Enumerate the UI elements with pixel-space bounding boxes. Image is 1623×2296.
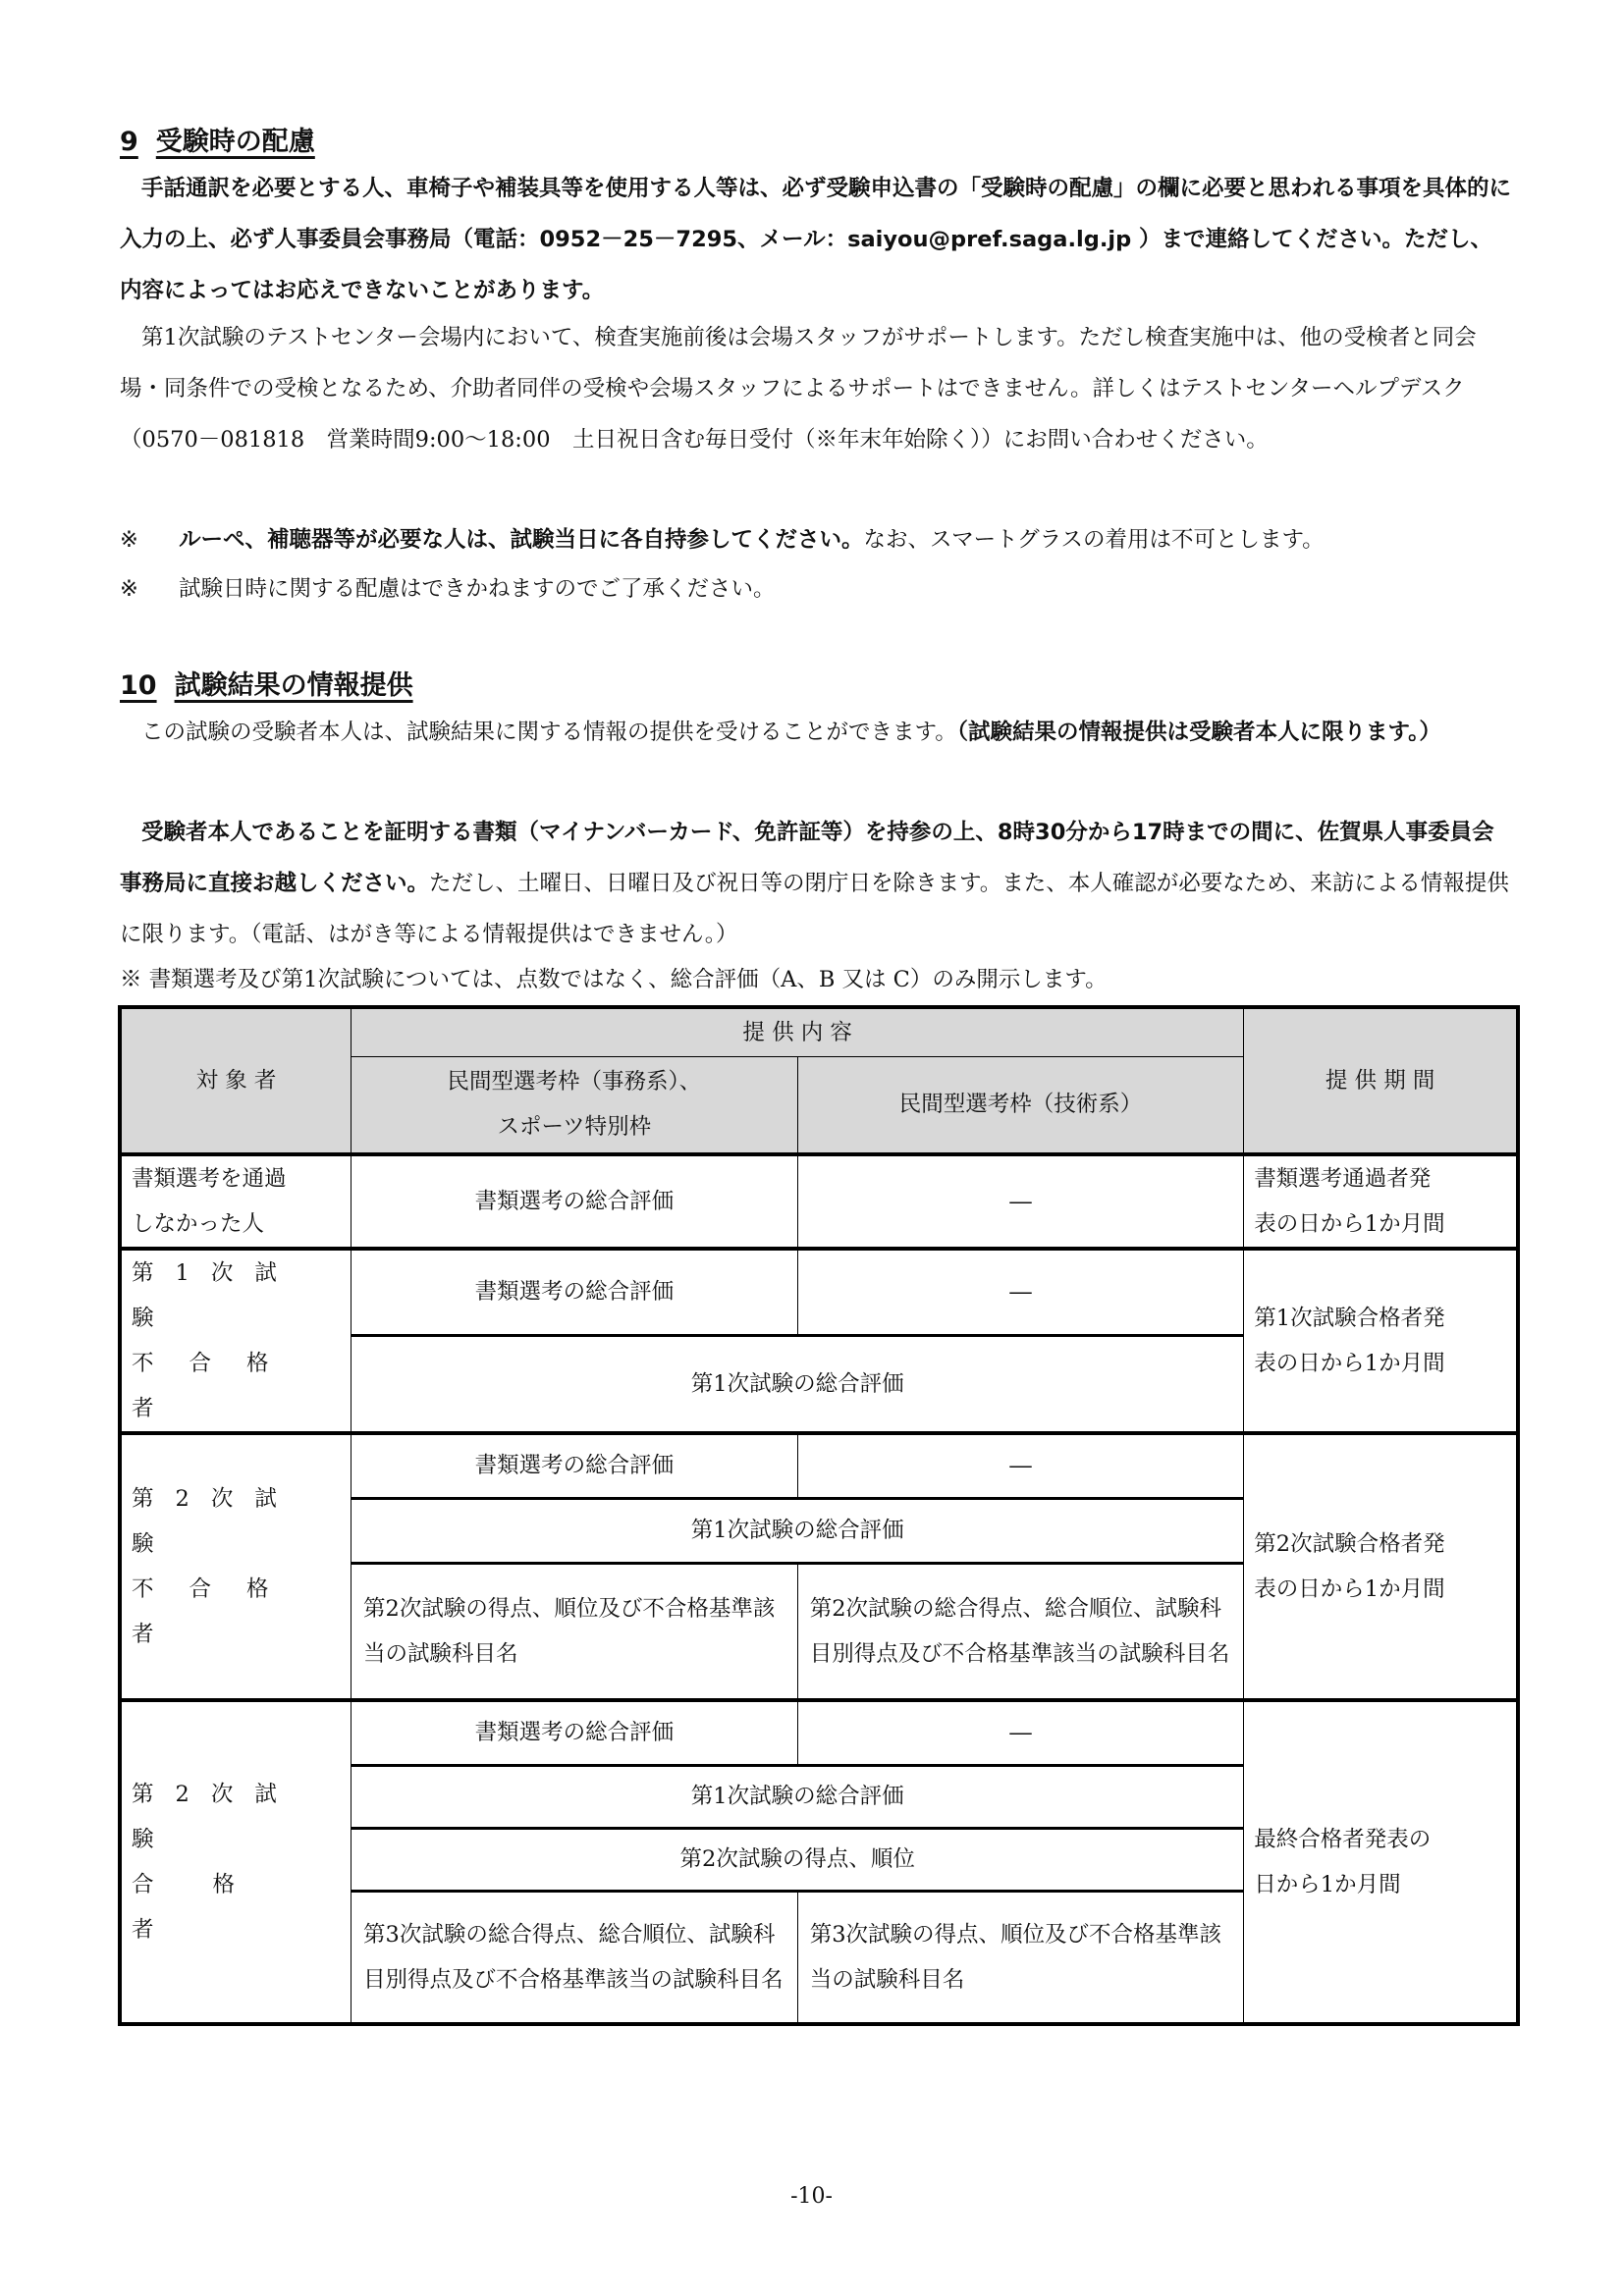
period-cell: 最終合格者発表の 日から1か月間 xyxy=(1244,1700,1518,2024)
target-line-1: 第1次試験 xyxy=(132,1251,341,1341)
target-cell: 第2次試験 合格者 xyxy=(120,1700,352,2024)
target-line-2: 不合格者 xyxy=(132,1341,341,1431)
section-10-paragraph-1-bold: （試験結果の情報提供は受験者本人に限ります。） xyxy=(957,720,1441,745)
section-10-paragraph-2: 受験者本人であることを証明する書類（マイナンバーカード、免許証等）を持参の上、8… xyxy=(120,807,1514,960)
section-9-paragraph-1-text: 手話通訳を必要とする人、車椅子や補装具等を使用する人等は、必ず受験申込書の「受験… xyxy=(120,176,1511,303)
admin-cell: 書類選考の総合評価 xyxy=(352,1433,798,1498)
note-1-text: なお、スマートグラスの着用は不可とします。 xyxy=(864,527,1325,553)
section-9-paragraph-1: 手話通訳を必要とする人、車椅子や補装具等を使用する人等は、必ず受験申込書の「受験… xyxy=(120,163,1514,316)
period-line-2: 表の日から1か月間 xyxy=(1254,1341,1506,1386)
header-content: 提 供 内 容 xyxy=(352,1007,1244,1056)
merged-cell: 第1次試験の総合評価 xyxy=(352,1498,1244,1563)
target-cell: 書類選考を通過 しなかった人 xyxy=(120,1154,352,1249)
target-line-1: 書類選考を通過 xyxy=(132,1156,341,1201)
header-admin-line-1: 民間型選考枠（事務系）、 xyxy=(363,1059,785,1104)
merged-cell: 第1次試験の総合評価 xyxy=(352,1765,1244,1828)
section-10-heading: 10試験結果の情報提供 xyxy=(120,664,413,702)
note-1-bold-text: ルーペ、補聴器等が必要な人は、試験当日に各自持参してください。 xyxy=(179,527,864,553)
section-9-heading: 9受験時の配慮 xyxy=(120,120,315,158)
period-line-1: 第2次試験合格者発 xyxy=(1254,1522,1506,1567)
info-provision-table: 対 象 者 提 供 内 容 提 供 期 間 民間型選考枠（事務系）、 スポーツ特… xyxy=(118,1005,1520,2026)
period-line-2: 日から1か月間 xyxy=(1254,1862,1506,1907)
header-admin-line-2: スポーツ特別枠 xyxy=(363,1104,785,1149)
section-9-title: 受験時の配慮 xyxy=(156,127,315,157)
period-cell: 第2次試験合格者発 表の日から1か月間 xyxy=(1244,1433,1518,1700)
table-row: 第1次試験 不合格者 書類選考の総合評価 ― 第1次試験合格者発 表の日から1か… xyxy=(120,1249,1518,1335)
note-2-text: 試験日時に関する配慮はできかねますのでご了承ください。 xyxy=(179,576,776,602)
tech-cell: ― xyxy=(797,1700,1244,1765)
section-9-number: 9 xyxy=(120,127,138,157)
section-10-paragraph-1: この試験の受験者本人は、試験結果に関する情報の提供を受けることができます。（試験… xyxy=(120,707,1514,758)
period-line-1: 第1次試験合格者発 xyxy=(1254,1296,1506,1341)
header-period: 提 供 期 間 xyxy=(1244,1007,1518,1154)
period-line-1: 最終合格者発表の xyxy=(1254,1817,1506,1862)
section-10-note-text: ※ 書類選考及び第1次試験については、点数ではなく、総合評価（A、B 又は C）… xyxy=(120,967,1108,992)
section-10-title: 試験結果の情報提供 xyxy=(175,670,413,701)
section-10-number: 10 xyxy=(120,670,157,701)
target-cell: 第1次試験 不合格者 xyxy=(120,1249,352,1433)
admin-cell: 第2次試験の得点、順位及び不合格基準該当の試験科目名 xyxy=(352,1563,798,1700)
note-mark: ※ xyxy=(120,569,179,609)
admin-cell: 書類選考の総合評価 xyxy=(352,1154,798,1249)
tech-cell: 第2次試験の総合得点、総合順位、試験科目別得点及び不合格基準該当の試験科目名 xyxy=(797,1563,1244,1700)
target-cell: 第2次試験 不合格者 xyxy=(120,1433,352,1700)
table-row: 第2次試験 不合格者 書類選考の総合評価 ― 第2次試験合格者発 表の日から1か… xyxy=(120,1433,1518,1498)
target-line-1: 第2次試験 xyxy=(132,1772,341,1862)
target-line-2: しなかった人 xyxy=(132,1201,341,1247)
period-line-1: 書類選考通過者発 xyxy=(1254,1156,1506,1201)
document-page: 9受験時の配慮 手話通訳を必要とする人、車椅子や補装具等を使用する人等は、必ず受… xyxy=(0,0,1623,2296)
admin-cell: 書類選考の総合評価 xyxy=(352,1700,798,1765)
section-9-note-1: ※ルーペ、補聴器等が必要な人は、試験当日に各自持参してください。なお、スマートグ… xyxy=(120,520,1325,560)
section-9-paragraph-2: 第1次試験のテストセンター会場内において、検査実施前後は会場スタッフがサポートし… xyxy=(120,312,1514,465)
target-line-2: 不合格者 xyxy=(132,1567,341,1657)
period-cell: 書類選考通過者発 表の日から1か月間 xyxy=(1244,1154,1518,1249)
page-number: -10- xyxy=(0,2184,1623,2209)
tech-cell: 第3次試験の得点、順位及び不合格基準該当の試験科目名 xyxy=(797,1891,1244,2024)
period-line-2: 表の日から1か月間 xyxy=(1254,1201,1506,1247)
table-row: 第2次試験 合格者 書類選考の総合評価 ― 最終合格者発表の 日から1か月間 xyxy=(120,1700,1518,1765)
section-10-note: ※ 書類選考及び第1次試験については、点数ではなく、総合評価（A、B 又は C）… xyxy=(120,960,1108,999)
section-9-paragraph-2-text: 第1次試験のテストセンター会場内において、検査実施前後は会場スタッフがサポートし… xyxy=(120,325,1477,453)
target-line-1: 第2次試験 xyxy=(132,1476,341,1567)
section-9-note-2: ※試験日時に関する配慮はできかねますのでご了承ください。 xyxy=(120,569,776,609)
header-admin-sports: 民間型選考枠（事務系）、 スポーツ特別枠 xyxy=(352,1056,798,1154)
admin-cell: 第3次試験の総合得点、総合順位、試験科目別得点及び不合格基準該当の試験科目名 xyxy=(352,1891,798,2024)
header-target: 対 象 者 xyxy=(120,1007,352,1154)
period-line-2: 表の日から1か月間 xyxy=(1254,1567,1506,1612)
target-line-2: 合格者 xyxy=(132,1862,341,1952)
header-tech: 民間型選考枠（技術系） xyxy=(797,1056,1244,1154)
merged-cell: 第1次試験の総合評価 xyxy=(352,1335,1244,1433)
note-mark: ※ xyxy=(120,520,179,560)
tech-cell: ― xyxy=(797,1154,1244,1249)
merged-cell: 第2次試験の得点、順位 xyxy=(352,1828,1244,1891)
table-row: 書類選考を通過 しなかった人 書類選考の総合評価 ― 書類選考通過者発 表の日か… xyxy=(120,1154,1518,1249)
tech-cell: ― xyxy=(797,1433,1244,1498)
period-cell: 第1次試験合格者発 表の日から1か月間 xyxy=(1244,1249,1518,1433)
admin-cell: 書類選考の総合評価 xyxy=(352,1249,798,1335)
tech-cell: ― xyxy=(797,1249,1244,1335)
table-header-row-1: 対 象 者 提 供 内 容 提 供 期 間 xyxy=(120,1007,1518,1056)
section-10-paragraph-1-text: この試験の受験者本人は、試験結果に関する情報の提供を受けることができます。 xyxy=(141,720,957,745)
